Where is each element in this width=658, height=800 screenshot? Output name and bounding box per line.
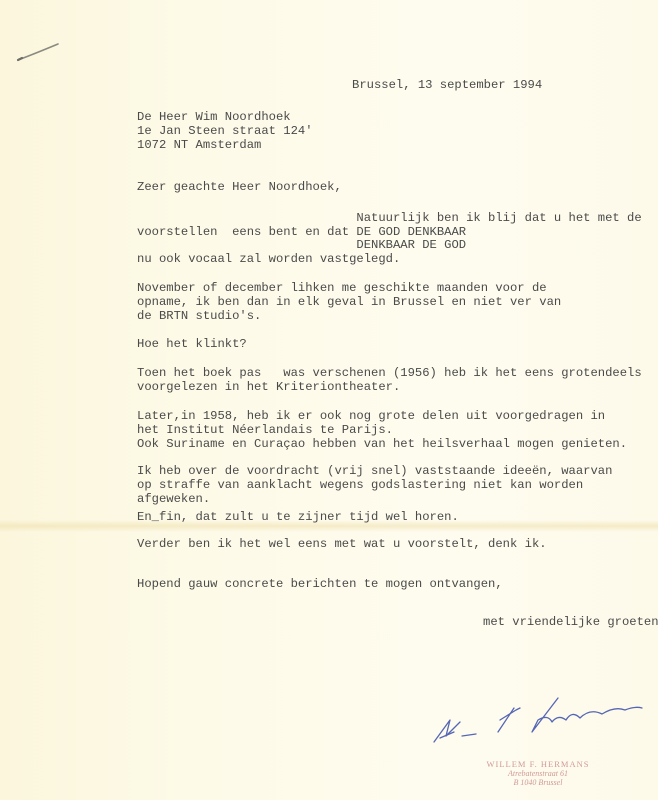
body-line: Ik heb over de voordracht (vrij snel) va… <box>137 464 612 478</box>
body-line: afgeweken. <box>137 492 210 506</box>
body-line: opname, ik ben dan in elk geval in Bruss… <box>137 295 561 309</box>
body-line: Verder ben ik het wel eens met wat u voo… <box>137 537 547 551</box>
body-line: DENKBAAR DE GOD <box>137 238 466 252</box>
body-line: Ook Suriname en Curaçao hebben van het h… <box>137 437 627 451</box>
salutation: Zeer geachte Heer Noordhoek, <box>137 180 342 194</box>
address-line-city: 1072 NT Amsterdam <box>137 138 261 152</box>
body-line: de BRTN studio's. <box>137 309 261 323</box>
address-line-name: De Heer Wim Noordhoek <box>137 110 291 124</box>
stamp-name: WILLEM F. HERMANS <box>478 760 598 769</box>
body-line: op straffe van aanklacht wegens godslast… <box>137 478 583 492</box>
closing: met vriendelijke groeten <box>483 615 658 629</box>
place-date: Brussel, 13 september 1994 <box>352 78 542 92</box>
body-line: voorgelezen in het Kriteriontheater. <box>137 380 400 394</box>
body-line: Later,in 1958, heb ik er ook nog grote d… <box>137 409 605 423</box>
body-line: voorstellen eens bent en dat DE GOD DENK… <box>137 225 466 239</box>
body-line: Hopend gauw concrete berichten te mogen … <box>137 577 503 591</box>
body-line: En_fin, dat zult u te zijner tijd wel ho… <box>137 510 459 524</box>
body-line: November of december lihken me geschikte… <box>137 281 547 295</box>
address-line-street: 1e Jan Steen straat 124' <box>137 124 313 138</box>
pen-mark-icon <box>14 40 64 70</box>
handwritten-signature <box>420 680 650 750</box>
stamp-street: Atrebatenstraat 61 <box>478 769 598 778</box>
body-line: Toen het boek pas was verschenen (1956) … <box>137 366 642 380</box>
body-line: Natuurlijk ben ik blij dat u het met de <box>137 211 642 225</box>
sender-stamp: WILLEM F. HERMANS Atrebatenstraat 61 B 1… <box>478 760 598 787</box>
body-line: nu ook vocaal zal worden vastgelegd. <box>137 252 400 266</box>
stamp-city: B 1040 Brussel <box>478 778 598 787</box>
body-line: Hoe het klinkt? <box>137 337 247 351</box>
body-line: het Institut Néerlandais te Parijs. <box>137 423 393 437</box>
